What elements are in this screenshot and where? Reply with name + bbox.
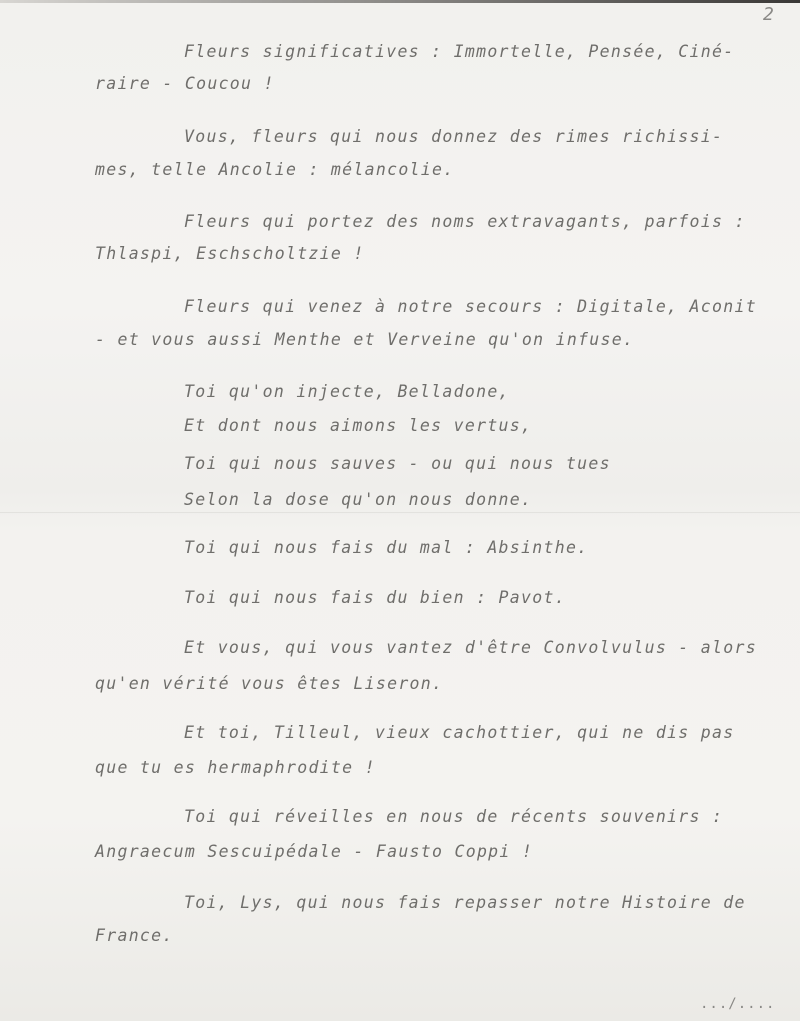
page-number: 2 <box>763 4 774 25</box>
text-line: mes, telle Ancolie : mélancolie. <box>95 160 454 179</box>
text-line: Et vous, qui vous vantez d'être Convolvu… <box>184 638 757 657</box>
text-line: qu'en vérité vous êtes Liseron. <box>95 674 443 693</box>
text-line: France. <box>95 926 174 945</box>
text-line: Fleurs significatives : Immortelle, Pens… <box>184 42 734 61</box>
verse-line: Toi qu'on injecte, Belladone, <box>184 382 510 401</box>
text-line: Vous, fleurs qui nous donnez des rimes r… <box>184 127 723 146</box>
text-line: Angraecum Sescuipédale - Fausto Coppi ! <box>95 842 533 861</box>
verse-line: Toi qui nous sauves - ou qui nous tues <box>184 454 611 473</box>
text-line: Toi, Lys, qui nous fais repasser notre H… <box>184 893 746 912</box>
continuation-mark: .../.... <box>700 996 775 1012</box>
verse-line: Et dont nous aimons les vertus, <box>184 416 532 435</box>
text-line: Toi qui réveilles en nous de récents sou… <box>184 807 723 826</box>
text-line: que tu es hermaphrodite ! <box>95 758 376 777</box>
text-line: Fleurs qui portez des noms extravagants,… <box>184 212 746 231</box>
paper-fold-line <box>0 512 800 514</box>
text-line: Toi qui nous fais du bien : Pavot. <box>184 588 566 607</box>
text-line: raire - Coucou ! <box>95 74 275 93</box>
text-line: Fleurs qui venez à notre secours : Digit… <box>184 297 757 316</box>
verse-line: Selon la dose qu'on nous donne. <box>184 490 532 509</box>
text-line: Toi qui nous fais du mal : Absinthe. <box>184 538 588 557</box>
typewritten-page: 2 Fleurs significatives : Immortelle, Pe… <box>0 0 800 1021</box>
page-top-edge <box>0 0 800 3</box>
text-line: - et vous aussi Menthe et Verveine qu'on… <box>95 330 634 349</box>
text-line: Thlaspi, Eschscholtzie ! <box>95 244 365 263</box>
text-line: Et toi, Tilleul, vieux cachottier, qui n… <box>184 723 734 742</box>
